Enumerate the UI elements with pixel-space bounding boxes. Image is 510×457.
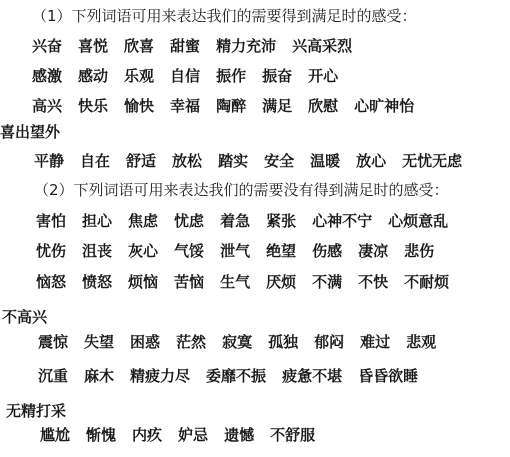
emotion-word: 幸福 [170, 96, 200, 116]
emotion-word: 甜蜜 [170, 36, 200, 56]
emotion-word: 开心 [308, 66, 338, 86]
emotion-word: 忧伤 [36, 241, 66, 261]
emotion-word: 踏实 [218, 151, 248, 171]
emotion-word: 失望 [84, 332, 114, 352]
emotion-word: 悲观 [406, 332, 436, 352]
emotion-word: 振作 [216, 66, 246, 86]
emotion-word: 紧张 [266, 211, 296, 231]
word-row: 平静自在舒适放松踏实安全温暖放心无忧无虑 [34, 151, 478, 171]
emotion-word: 生气 [220, 272, 250, 292]
emotion-word: 自信 [170, 66, 200, 86]
emotion-word: 寂寞 [222, 332, 252, 352]
emotion-word: 快乐 [78, 96, 108, 116]
emotion-word: 不舒服 [270, 425, 315, 445]
emotion-word: 恼怒 [36, 272, 66, 292]
emotion-word: 忧虑 [174, 211, 204, 231]
emotion-word: 疲惫不堪 [282, 366, 342, 386]
emotion-word: 自在 [80, 151, 110, 171]
emotion-word: 精力充沛 [216, 36, 276, 56]
emotion-word: 厌烦 [266, 272, 296, 292]
word-row: 忧伤沮丧灰心气馁泄气绝望伤感凄凉悲伤 [36, 241, 450, 261]
emotion-word: 凄凉 [358, 241, 388, 261]
emotion-word: 欣喜 [124, 36, 154, 56]
emotion-word: 温暖 [310, 151, 340, 171]
emotion-word: 伤感 [312, 241, 342, 261]
emotion-word: 放心 [356, 151, 386, 171]
emotion-word: 焦虑 [128, 211, 158, 231]
emotion-word: 绝望 [266, 241, 296, 261]
emotion-word: 泄气 [220, 241, 250, 261]
emotion-word: 沉重 [38, 366, 68, 386]
emotion-word: 兴奋 [32, 36, 62, 56]
emotion-word: 不耐烦 [404, 272, 449, 292]
word-row: 恼怒愤怒烦恼苦恼生气厌烦不满不快不耐烦 [36, 272, 465, 292]
emotion-word: 安全 [264, 151, 294, 171]
emotion-word: 惭愧 [86, 425, 116, 445]
emotion-word: 心神不宁 [312, 211, 372, 231]
emotion-word: 无忧无虑 [402, 151, 462, 171]
emotion-word: 茫然 [176, 332, 206, 352]
word-row: 高兴快乐愉快幸福陶醉满足欣慰心旷神怡 [32, 96, 430, 116]
emotion-word: 心烦意乱 [388, 211, 448, 231]
emotion-word: 麻木 [84, 366, 114, 386]
emotion-word: 陶醉 [216, 96, 246, 116]
emotion-word: 内疚 [132, 425, 162, 445]
emotion-word: 不快 [358, 272, 388, 292]
emotion-word: 喜悦 [78, 36, 108, 56]
continuation-word: 无精打采 [6, 401, 66, 421]
emotion-word: 难过 [360, 332, 390, 352]
emotion-word: 振奋 [262, 66, 292, 86]
emotion-word: 高兴 [32, 96, 62, 116]
emotion-word: 苦恼 [174, 272, 204, 292]
emotion-word: 害怕 [36, 211, 66, 231]
emotion-word: 悲伤 [404, 241, 434, 261]
continuation-word: 喜出望外 [0, 122, 60, 142]
emotion-word: 不满 [312, 272, 342, 292]
emotion-word: 愉快 [124, 96, 154, 116]
emotion-word: 灰心 [128, 241, 158, 261]
emotion-word: 感动 [78, 66, 108, 86]
word-row: 害怕担心焦虑忧虑着急紧张心神不宁心烦意乱 [36, 211, 464, 231]
section2-heading: （2）下列词语可用来表达我们的需要没有得到满足时的感受： [34, 180, 449, 200]
word-row: 沉重麻木精疲力尽委靡不振疲惫不堪昏昏欲睡 [38, 366, 434, 386]
emotion-word: 沮丧 [82, 241, 112, 261]
emotion-word: 遗憾 [224, 425, 254, 445]
emotion-word: 满足 [262, 96, 292, 116]
emotion-word: 妒忌 [178, 425, 208, 445]
emotion-word: 烦恼 [128, 272, 158, 292]
emotion-word: 郁闷 [314, 332, 344, 352]
word-row: 兴奋喜悦欣喜甜蜜精力充沛兴高采烈 [32, 36, 368, 56]
emotion-word: 平静 [34, 151, 64, 171]
word-row: 感激感动乐观自信振作振奋开心 [32, 66, 354, 86]
emotion-word: 舒适 [126, 151, 156, 171]
emotion-word: 欣慰 [308, 96, 338, 116]
emotion-word: 担心 [82, 211, 112, 231]
emotion-word: 孤独 [268, 332, 298, 352]
emotion-word: 心旷神怡 [354, 96, 414, 116]
section1-heading: （1）下列词语可用来表达我们的需要得到满足时的感受： [32, 6, 417, 26]
emotion-word: 乐观 [124, 66, 154, 86]
emotion-word: 尴尬 [40, 425, 70, 445]
emotion-word: 着急 [220, 211, 250, 231]
emotion-word: 委靡不振 [206, 366, 266, 386]
emotion-word: 气馁 [174, 241, 204, 261]
word-row: 震惊失望困惑茫然寂寞孤独郁闷难过悲观 [38, 332, 452, 352]
emotion-word: 精疲力尽 [130, 366, 190, 386]
emotion-word: 昏昏欲睡 [358, 366, 418, 386]
emotion-word: 放松 [172, 151, 202, 171]
continuation-word: 不高兴 [2, 307, 47, 327]
emotion-word: 兴高采烈 [292, 36, 352, 56]
emotion-word: 感激 [32, 66, 62, 86]
emotion-word: 困惑 [130, 332, 160, 352]
word-row: 尴尬惭愧内疚妒忌遗憾不舒服 [40, 425, 331, 445]
emotion-word: 愤怒 [82, 272, 112, 292]
emotion-word: 震惊 [38, 332, 68, 352]
